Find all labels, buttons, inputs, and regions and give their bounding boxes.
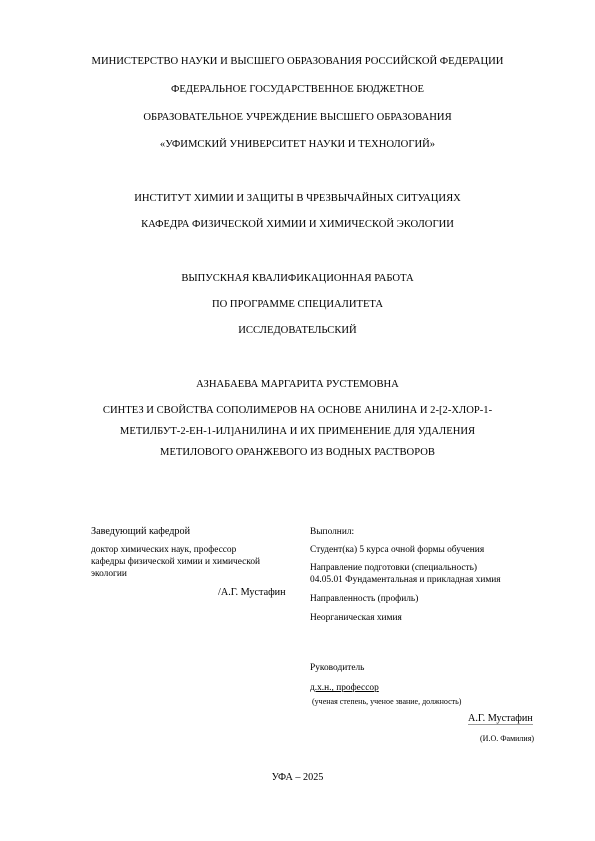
work-type: ВЫПУСКНАЯ КВАЛИФИКАЦИОННАЯ РАБОТА [0,273,595,284]
author-name: АЗНАБАЕВА МАРГАРИТА РУСТЕМОВНА [0,379,595,390]
supervisor-name-hint: (И.О. Фамилия) [480,734,534,743]
ministry-line: МИНИСТЕРСТВО НАУКИ И ВЫСШЕГО ОБРАЗОВАНИЯ… [0,56,595,67]
profile-value: Неорганическая химия [310,613,402,625]
thesis-title-line-1: СИНТЕЗ И СВОЙСТВА СОПОЛИМЕРОВ НА ОСНОВЕ … [0,405,595,416]
institution-line-1: ФЕДЕРАЛЬНОЕ ГОСУДАРСТВЕННОЕ БЮДЖЕТНОЕ [0,84,595,95]
work-kind: ИССЛЕДОВАТЕЛЬСКИЙ [0,325,595,336]
profile-label: Направленность (профиль) [310,594,418,606]
university-name: «УФИМСКИЙ УНИВЕРСИТЕТ НАУКИ И ТЕХНОЛОГИЙ… [0,139,595,150]
work-program: ПО ПРОГРАММЕ СПЕЦИАЛИТЕТА [0,299,595,310]
supervisor-name: А.Г. Мустафин [468,713,533,725]
city-year: УФА – 2025 [0,772,595,783]
head-of-chair-position-3: экологии [91,569,127,581]
supervisor-degree-hint: (ученая степень, ученое звание, должност… [312,697,461,706]
head-of-chair-position-2: кафедры физической химии и химической [91,557,260,569]
institution-line-2: ОБРАЗОВАТЕЛЬНОЕ УЧРЕЖДЕНИЕ ВЫСШЕГО ОБРАЗ… [0,112,595,123]
thesis-title-line-3: МЕТИЛОВОГО ОРАНЖЕВОГО ИЗ ВОДНЫХ РАСТВОРО… [0,447,595,458]
institute-name: ИНСТИТУТ ХИМИИ И ЗАЩИТЫ В ЧРЕЗВЫЧАЙНЫХ С… [0,193,595,204]
supervisor-label: Руководитель [310,663,364,675]
head-of-chair-signature: /А.Г. Мустафин [218,587,286,598]
direction-value: 04.05.01 Фундаментальная и прикладная хи… [310,575,501,587]
head-of-chair-label: Заведующий кафедрой [91,526,190,537]
head-of-chair-position-1: доктор химических наук, профессор [91,545,236,557]
student-label: Выполнил: [310,527,354,539]
chair-name: КАФЕДРА ФИЗИЧЕСКОЙ ХИМИИ И ХИМИЧЕСКОЙ ЭК… [0,219,595,230]
direction-label: Направление подготовки (специальность) [310,563,477,575]
supervisor-degree: д.х.н., профессор [310,683,379,695]
thesis-title-line-2: МЕТИЛБУТ-2-ЕН-1-ИЛ]АНИЛИНА И ИХ ПРИМЕНЕН… [0,426,595,437]
student-course: Студент(ка) 5 курса очной формы обучения [310,545,484,557]
